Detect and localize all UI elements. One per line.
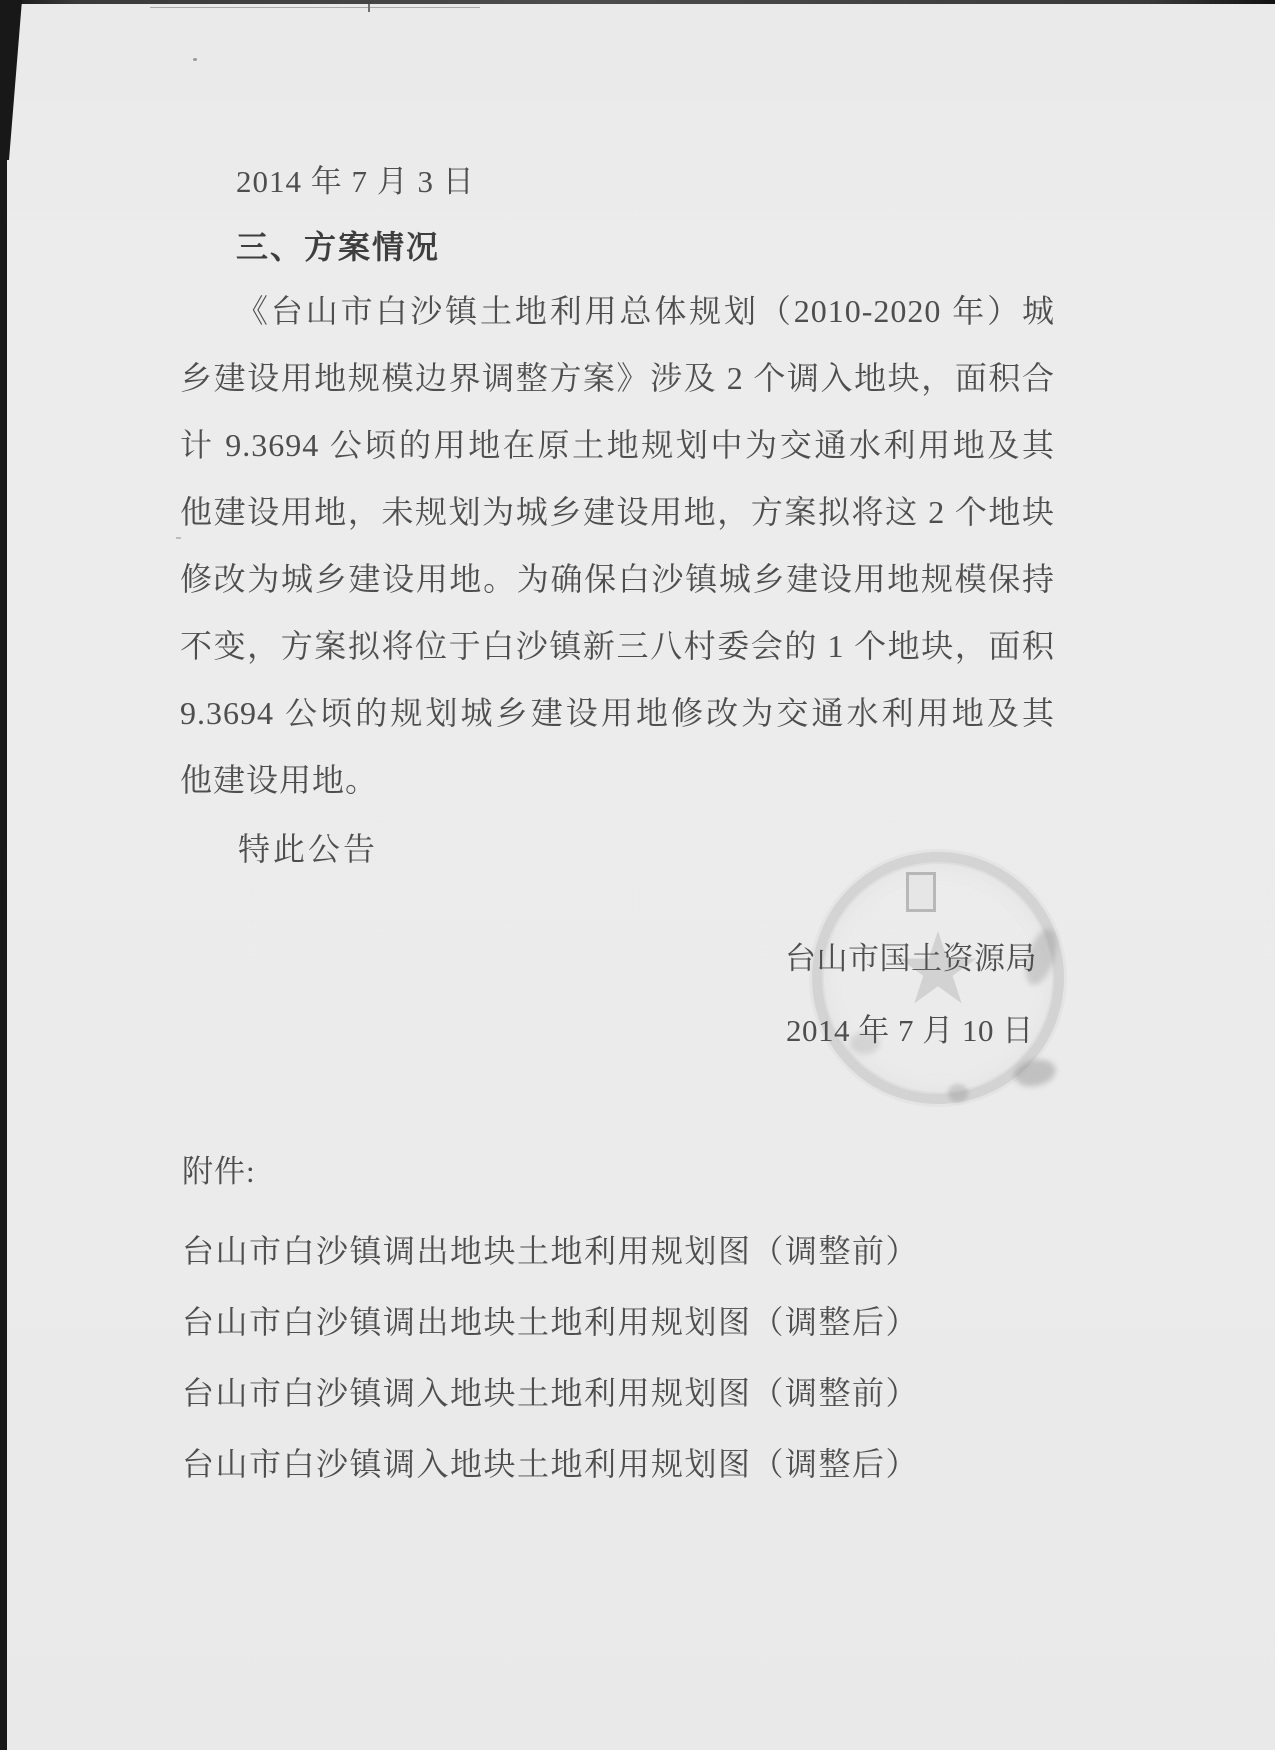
signature-date: 2014 年 7 月 10 日 xyxy=(786,1012,1034,1050)
section-heading: 三、方案情况 xyxy=(180,228,440,266)
body-line: 《台山市白沙镇土地利用总体规划（2010-2020 年）城 xyxy=(180,278,1055,345)
attachment-item: 台山市白沙镇调出地块土地利用规划图（调整前） xyxy=(182,1216,919,1287)
body-line: 计 9.3694 公顷的用地在原土地规划中为交通水利用地及其 xyxy=(180,412,1055,479)
attachment-item: 台山市白沙镇调入地块土地利用规划图（调整前） xyxy=(182,1358,919,1429)
signature-agency: 台山市国土资源局 xyxy=(785,940,1037,978)
scan-edge-left xyxy=(0,0,7,1750)
body-line: 修改为城乡建设用地。为确保白沙镇城乡建设用地规模保持 xyxy=(180,546,1055,613)
scan-hairline xyxy=(150,7,480,8)
body-line: 他建设用地，未规划为城乡建设用地，方案拟将这 2 个地块 xyxy=(180,479,1055,546)
official-seal-stamp: ★ xyxy=(812,852,1064,1104)
seal-emblem-mark xyxy=(906,872,936,912)
body-line: 他建设用地。 xyxy=(180,747,1055,814)
closing-statement: 特此公告 xyxy=(180,830,378,868)
body-line: 9.3694 公顷的规划城乡建设用地修改为交通水利用地及其 xyxy=(180,680,1055,747)
scan-speck xyxy=(368,4,370,12)
scanned-document-page: 2014 年 7 月 3 日 三、方案情况 《台山市白沙镇土地利用总体规划（20… xyxy=(0,0,1275,1750)
body-paragraph: 《台山市白沙镇土地利用总体规划（2010-2020 年）城 乡建设用地规模边界调… xyxy=(180,278,1055,814)
attachments-list: 台山市白沙镇调出地块土地利用规划图（调整前） 台山市白沙镇调出地块土地利用规划图… xyxy=(182,1216,919,1500)
scan-edge-top xyxy=(0,0,1275,4)
attachments-label: 附件: xyxy=(182,1153,256,1191)
body-line: 乡建设用地规模边界调整方案》涉及 2 个调入地块，面积合 xyxy=(180,345,1055,412)
seal-ink-smudge xyxy=(1012,1056,1058,1090)
scan-corner-mark xyxy=(0,0,22,160)
seal-ink-smudge xyxy=(948,1084,968,1102)
attachment-item: 台山市白沙镇调出地块土地利用规划图（调整后） xyxy=(182,1287,919,1358)
attachment-item: 台山市白沙镇调入地块土地利用规划图（调整后） xyxy=(182,1429,919,1500)
scan-speck xyxy=(193,58,197,61)
document-date-line: 2014 年 7 月 3 日 xyxy=(180,164,475,200)
body-line: 不变，方案拟将位于白沙镇新三八村委会的 1 个地块，面积 xyxy=(180,613,1055,680)
